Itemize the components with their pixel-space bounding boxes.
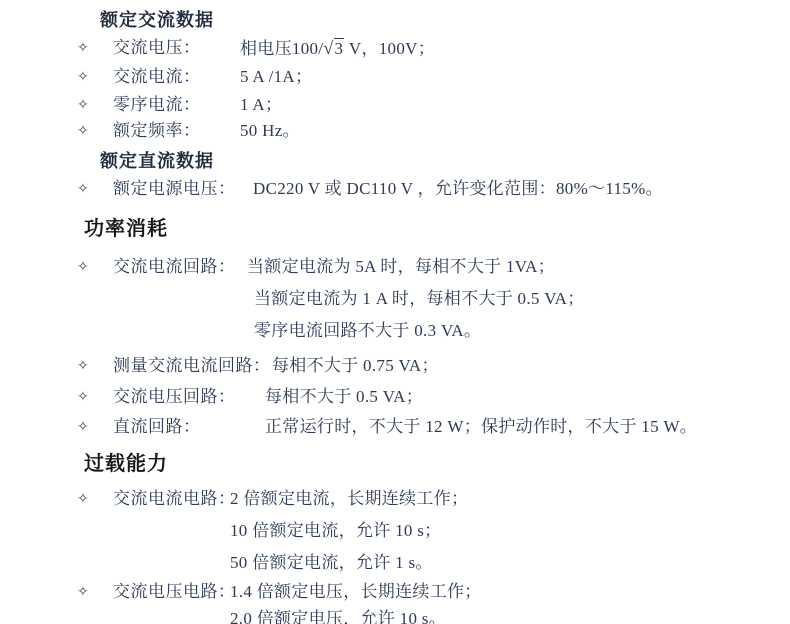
row-ac-current-circuit: ✧ 交流电流回路： 当额定电流为 5A 时，每相不大于 1VA； bbox=[0, 255, 790, 279]
square-root-radical: √ bbox=[323, 38, 333, 58]
row-ac-voltage-circuit: ✧ 交流电压回路： 每相不大于 0.5 VA； bbox=[0, 385, 790, 409]
item-label: 额定电源电压： bbox=[113, 177, 236, 201]
item-label: 交流电压回路： bbox=[113, 385, 236, 409]
item-label: 交流电流回路： bbox=[113, 255, 236, 279]
row-continuation: 2.0 倍额定电压，允许 10 s。 bbox=[0, 607, 790, 624]
diamond-bullet-icon: ✧ bbox=[77, 94, 89, 118]
row-ac-current: ✧ 交流电流： 5 A /1A； bbox=[0, 65, 790, 89]
document-page: 额定交流数据 ✧ 交流电压： 相电压100/√3 V，100V； ✧ 交流电流：… bbox=[0, 0, 790, 624]
row-continuation: 50 倍额定电流，允许 1 s。 bbox=[0, 551, 790, 575]
item-label: 零序电流： bbox=[113, 93, 201, 117]
item-value: 零序电流回路不大于 0.3 VA。 bbox=[254, 319, 481, 343]
diamond-bullet-icon: ✧ bbox=[77, 256, 89, 280]
item-value: DC220 V 或 DC110 V ，允许变化范围：80%～115%。 bbox=[253, 177, 663, 201]
diamond-bullet-icon: ✧ bbox=[77, 416, 89, 440]
item-value: 正常运行时，不大于 12 W；保护动作时，不大于 15 W。 bbox=[265, 415, 697, 439]
item-value: 50 Hz。 bbox=[240, 119, 300, 143]
item-label: 交流电流： bbox=[113, 65, 201, 89]
row-measuring-ac-current-circuit: ✧ 测量交流电流回路： 每相不大于 0.75 VA； bbox=[0, 354, 790, 378]
item-value: 5 A /1A； bbox=[240, 65, 312, 89]
item-value: 当额定电流为 1 A 时，每相不大于 0.5 VA； bbox=[254, 287, 585, 311]
item-value: 每相不大于 0.75 VA； bbox=[272, 354, 439, 378]
row-continuation: 当额定电流为 1 A 时，每相不大于 0.5 VA； bbox=[0, 287, 790, 311]
item-label: 测量交流电流回路： bbox=[113, 354, 271, 378]
row-continuation: 零序电流回路不大于 0.3 VA。 bbox=[0, 319, 790, 343]
row-ac-voltage-overload: ✧ 交流电压电路： 1.4 倍额定电压，长期连续工作； bbox=[0, 580, 790, 604]
diamond-bullet-icon: ✧ bbox=[77, 581, 89, 605]
item-value: 50 倍额定电流，允许 1 s。 bbox=[230, 551, 433, 575]
diamond-bullet-icon: ✧ bbox=[77, 66, 89, 90]
subheading-rated-dc-data: 额定直流数据 bbox=[100, 147, 214, 173]
row-dc-circuit: ✧ 直流回路： 正常运行时，不大于 12 W；保护动作时，不大于 15 W。 bbox=[0, 415, 790, 439]
item-value: 10 倍额定电流，允许 10 s； bbox=[230, 519, 441, 543]
item-value: 2.0 倍额定电压，允许 10 s。 bbox=[230, 607, 446, 624]
diamond-bullet-icon: ✧ bbox=[77, 355, 89, 379]
diamond-bullet-icon: ✧ bbox=[77, 37, 89, 61]
row-ac-current-overload: ✧ 交流电流电路： 2 倍额定电流，长期连续工作； bbox=[0, 487, 790, 511]
item-label: 直流回路： bbox=[113, 415, 201, 439]
item-value: 1.4 倍额定电压，长期连续工作； bbox=[230, 580, 482, 604]
row-continuation: 10 倍额定电流，允许 10 s； bbox=[0, 519, 790, 543]
row-ac-voltage: ✧ 交流电压： 相电压100/√3 V，100V； bbox=[0, 36, 790, 60]
row-rated-supply-voltage: ✧ 额定电源电压： DC220 V 或 DC110 V ，允许变化范围：80%～… bbox=[0, 177, 790, 201]
item-label: 额定频率： bbox=[113, 119, 201, 143]
item-value: 每相不大于 0.5 VA； bbox=[265, 385, 423, 409]
item-label: 交流电流电路： bbox=[113, 487, 236, 511]
item-label: 交流电压： bbox=[113, 36, 201, 60]
item-value: 2 倍额定电流，长期连续工作； bbox=[230, 487, 468, 511]
item-value: 当额定电流为 5A 时，每相不大于 1VA； bbox=[247, 255, 555, 279]
diamond-bullet-icon: ✧ bbox=[77, 488, 89, 512]
diamond-bullet-icon: ✧ bbox=[77, 386, 89, 410]
item-value: 相电压100/√3 V，100V； bbox=[240, 36, 435, 61]
item-value: 1 A； bbox=[240, 93, 282, 117]
diamond-bullet-icon: ✧ bbox=[77, 120, 89, 144]
subheading-rated-ac-data: 额定交流数据 bbox=[100, 6, 214, 32]
row-rated-frequency: ✧ 额定频率： 50 Hz。 bbox=[0, 119, 790, 143]
square-root-radicand: 3 bbox=[334, 38, 345, 58]
diamond-bullet-icon: ✧ bbox=[77, 178, 89, 202]
item-label: 交流电压电路： bbox=[113, 580, 236, 604]
heading-power-consumption: 功率消耗 bbox=[84, 212, 168, 241]
heading-overload-capability: 过载能力 bbox=[84, 447, 168, 476]
row-zero-sequence-current: ✧ 零序电流： 1 A； bbox=[0, 93, 790, 117]
